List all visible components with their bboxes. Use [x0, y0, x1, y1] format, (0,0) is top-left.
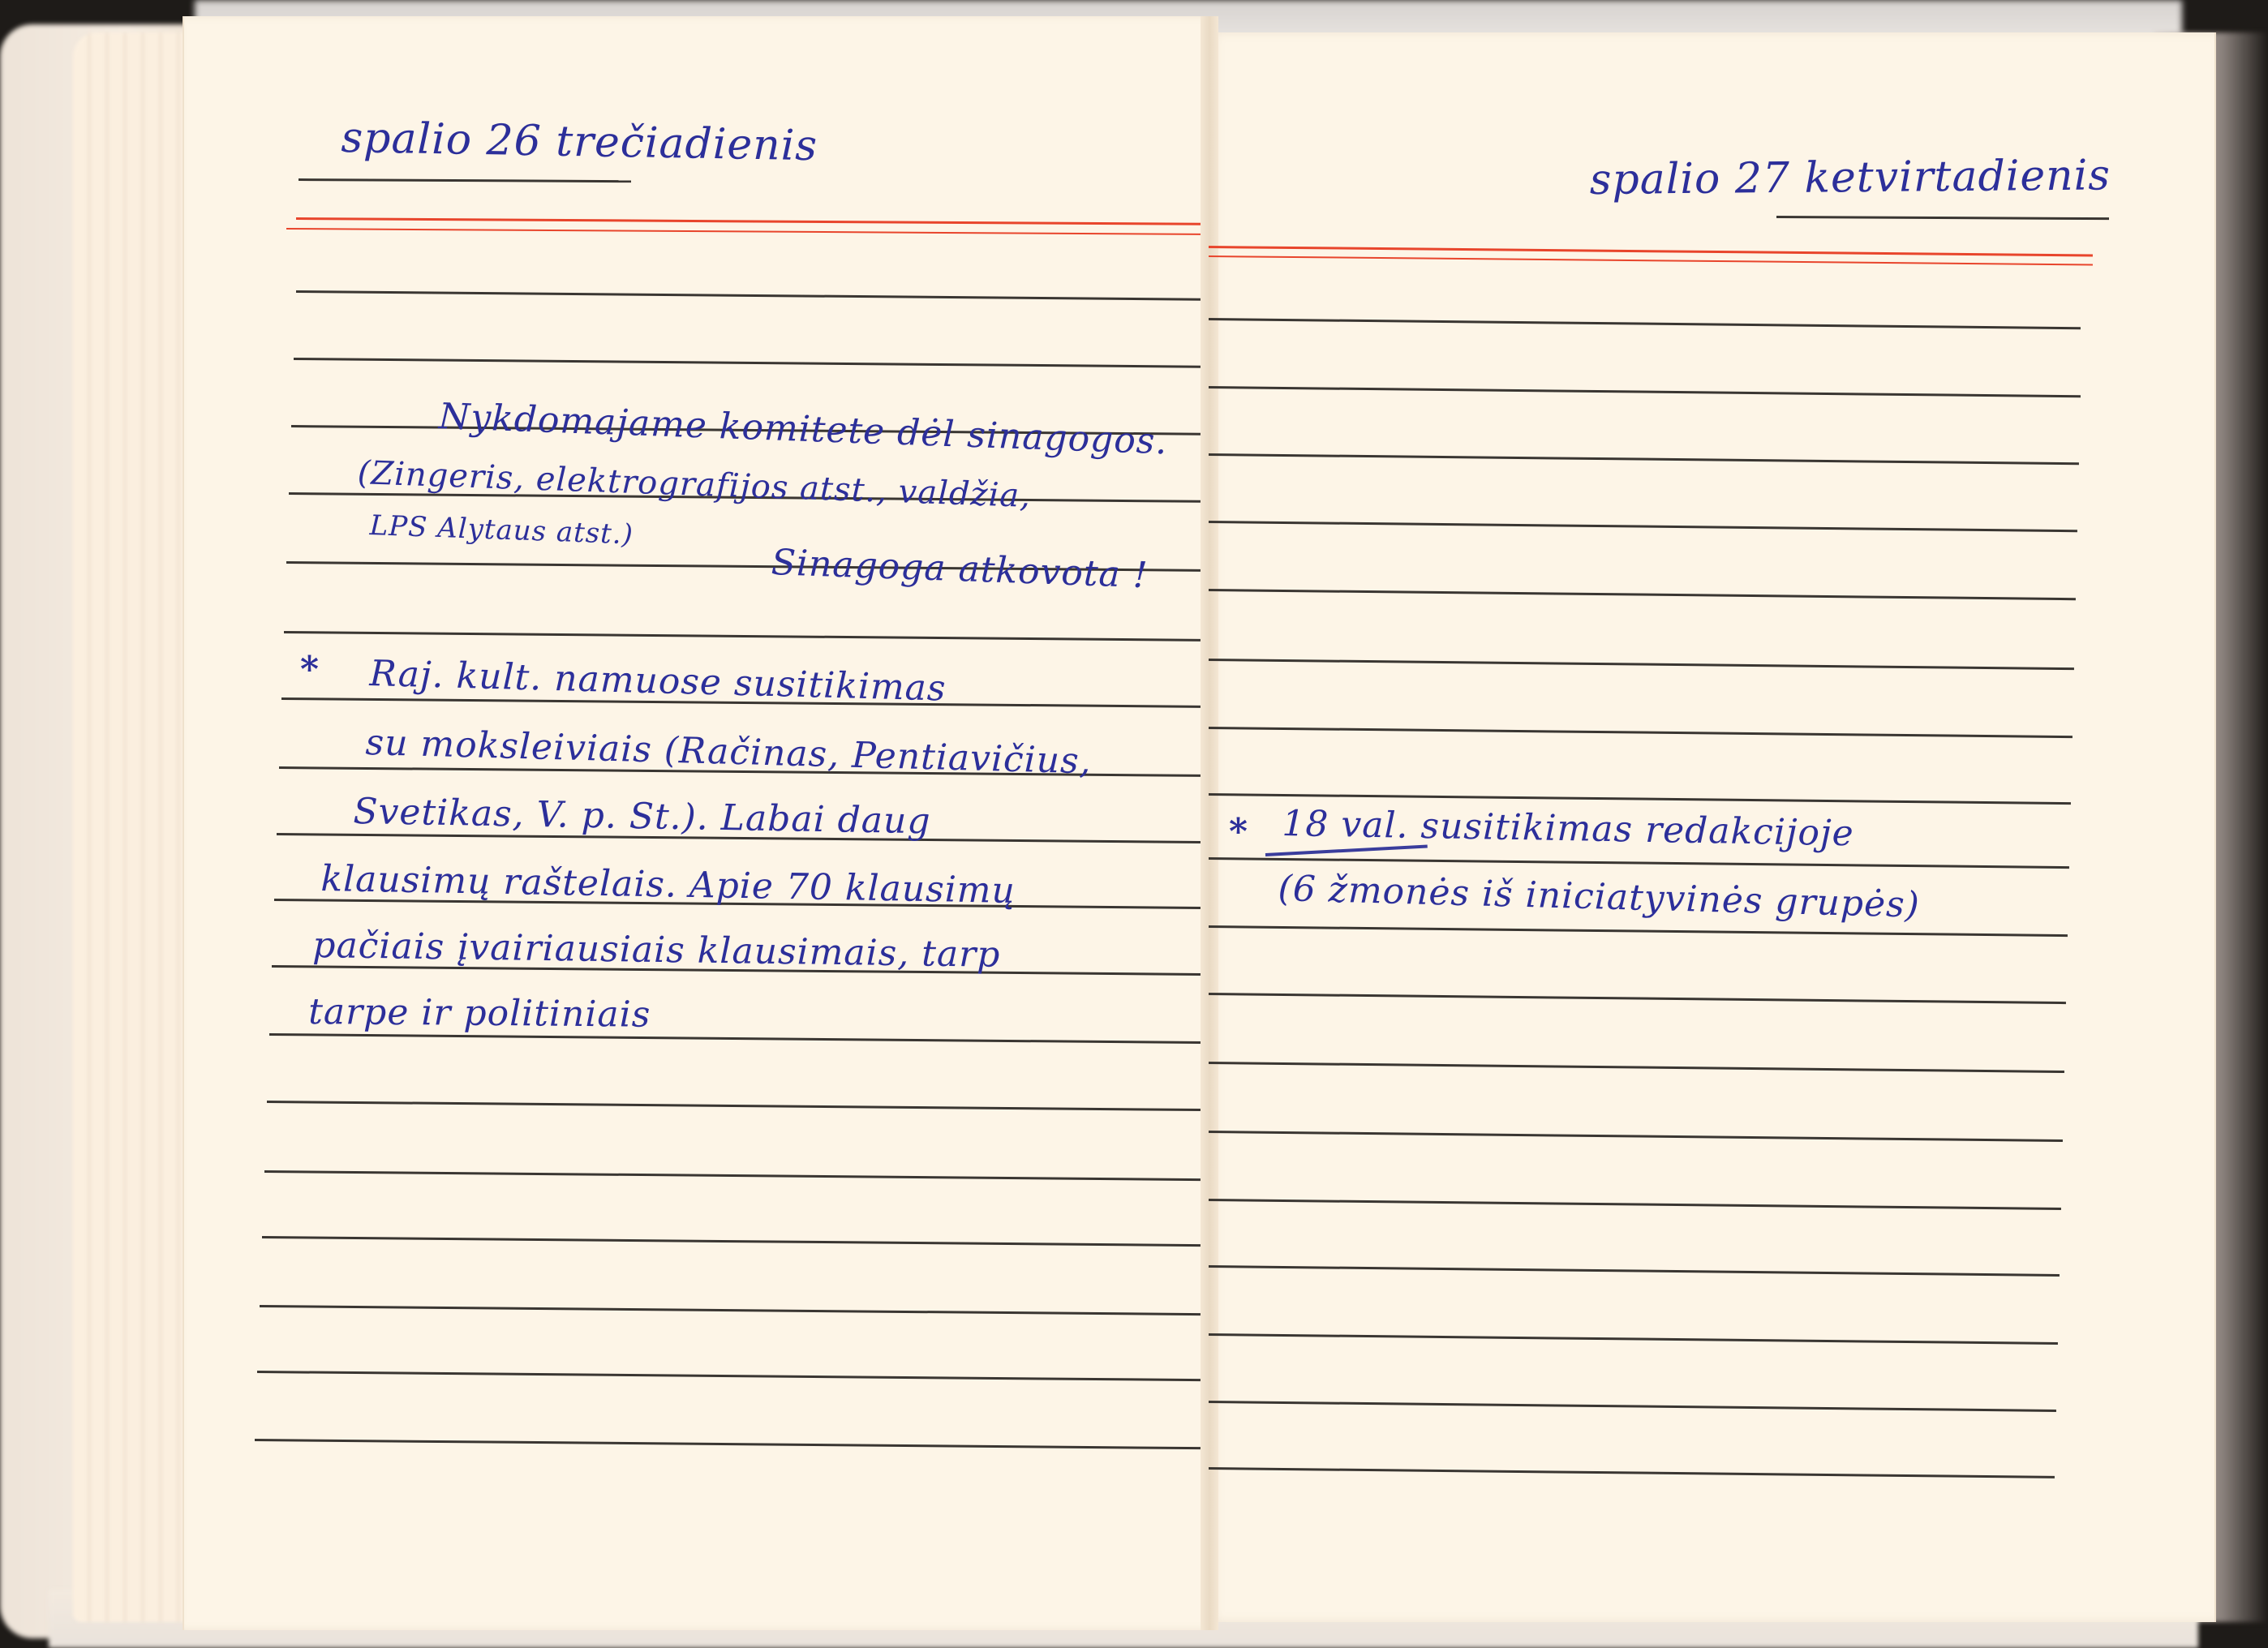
bullet-asterisk: * [300, 649, 320, 690]
handwritten-line: tarpe ir politiniais [308, 991, 651, 1036]
bullet-asterisk: * [1229, 811, 1248, 852]
right-date-heading: spalio 27 ketvirtadienis [1589, 151, 2111, 204]
left-date-heading: spalio 26 trečiadienis [341, 114, 818, 170]
notebook-photo: spalio 26 trečiadienis Nykdomajame komit… [0, 0, 2268, 1648]
notebook-gutter [1201, 16, 1218, 1630]
